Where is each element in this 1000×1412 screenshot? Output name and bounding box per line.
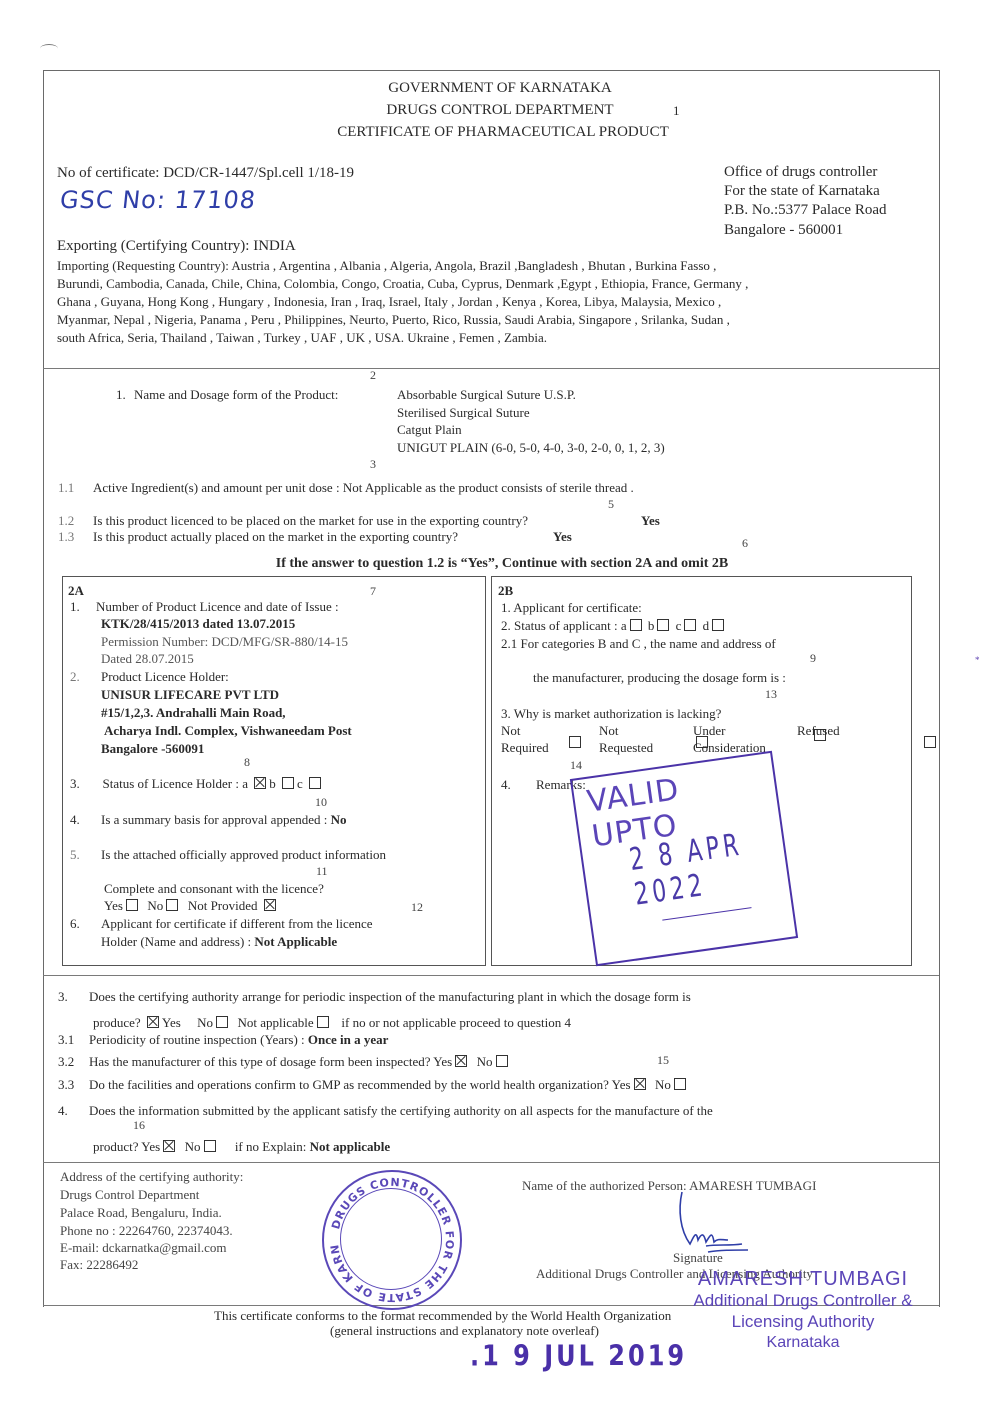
- q2a-4-text: Is a summary basis for approval appended…: [101, 811, 347, 828]
- header-government: GOVERNMENT OF KARNATAKA: [0, 80, 1000, 97]
- q2a-6-label: Applicant for certificate if different f…: [101, 915, 373, 932]
- holder-address-line: Bangalore -560091: [101, 740, 204, 757]
- q2b-1-applicant: 1. Applicant for certificate:: [501, 599, 642, 616]
- q1-3-text: Is this product actually placed on the m…: [93, 528, 458, 545]
- footnote-mark-15: 15: [657, 1053, 669, 1068]
- checkbox-not-provided-checked[interactable]: [264, 899, 276, 911]
- q4-options: product? Yes No if no Explain: Not appli…: [93, 1138, 390, 1155]
- checkbox-yes[interactable]: [126, 899, 138, 911]
- q1-2-text: Is this product licenced to be placed on…: [93, 512, 528, 529]
- q2b-3-text: 3. Why is market authorization is lackin…: [501, 705, 721, 722]
- q2a-2-label: Product Licence Holder:: [101, 668, 229, 685]
- checkbox-q3-no[interactable]: [216, 1016, 228, 1028]
- licence-number: KTK/28/415/2013 dated 13.07.2015: [101, 615, 295, 632]
- q2a-3-status: 3. Status of Licence Holder : a b c: [70, 775, 324, 792]
- seal-text-ring: DRUGS CONTROLLER FOR THE STATE OF KARNAT…: [324, 1172, 460, 1308]
- licence-holder-name: UNISUR LIFECARE PVT LTD: [101, 686, 279, 703]
- checkbox-q3-2-yes-checked[interactable]: [455, 1055, 467, 1067]
- header-page-mark: 1: [673, 102, 680, 119]
- option-not-required: NotRequired: [501, 722, 549, 756]
- issue-date-stamp: .1 9 JUL 2019: [470, 1339, 687, 1373]
- q3-2-text: Has the manufacturer of this type of dos…: [89, 1053, 511, 1070]
- divider-header: [43, 368, 939, 369]
- checkbox-applicant-c[interactable]: [684, 619, 696, 631]
- checkbox-q3-3-yes-checked[interactable]: [634, 1078, 646, 1090]
- q2b-2-status: 2. Status of applicant : a b c d: [501, 617, 727, 634]
- divider-section3: [43, 975, 939, 976]
- certificate-number: No of certificate: DCD/CR-1447/Spl.cell …: [57, 165, 354, 182]
- q3-number: 3.: [58, 988, 68, 1005]
- q2a-3-label: Status of Licence Holder : a: [103, 776, 248, 791]
- checkbox-q3-2-no[interactable]: [496, 1055, 508, 1067]
- footnote-mark-13: 13: [765, 687, 777, 702]
- q2a-5-options: Yes No Not Provided: [104, 897, 279, 914]
- q2b-2-1-text-cont: the manufacturer, producing the dosage f…: [533, 669, 786, 686]
- footnote-mark-10: 10: [315, 795, 327, 810]
- who-conformance-note-2: (general instructions and explanatory no…: [330, 1322, 599, 1339]
- q1-number: 1.: [116, 386, 126, 403]
- footnote-mark-12: 12: [411, 900, 423, 915]
- valid-upto-stamp: VALID UPTO 2 8 APR 2022: [570, 751, 798, 967]
- q3-1-number: 3.1: [58, 1031, 74, 1048]
- q2b-2-1-text: 2.1 For categories B and C , the name an…: [501, 635, 776, 652]
- q1-2-number: 1.2: [58, 512, 74, 529]
- q2a-6-number: 6.: [70, 915, 80, 932]
- q1-1-number: 1.1: [58, 479, 74, 496]
- option-refused: Refused: [797, 722, 840, 739]
- footnote-mark-7: 7: [370, 584, 376, 599]
- q2a-6-answer: Not Applicable: [254, 934, 337, 949]
- option-not-requested: NotRequested: [599, 722, 653, 756]
- checkbox-q4-yes-checked[interactable]: [163, 1140, 175, 1152]
- q2a-2-number: 2.: [70, 668, 80, 685]
- q2a-4-number: 4.: [70, 811, 80, 828]
- holder-address-line: Acharya Indl. Complex, Vishwaneedam Post: [104, 722, 352, 739]
- footnote-mark-6: 6: [742, 536, 748, 551]
- stamp-signature-line: [662, 907, 751, 921]
- checkbox-not-required[interactable]: [569, 736, 581, 748]
- q2a-5-label-cont: Complete and consonant with the licence?: [104, 880, 324, 897]
- ink-mark: *: [975, 655, 980, 665]
- section-2a-title: 2A: [68, 582, 84, 599]
- q1-label: Name and Dosage form of the Product:: [134, 386, 338, 403]
- footnote-mark-16: 16: [133, 1118, 145, 1133]
- section2-instruction: If the answer to question 1.2 is “Yes”, …: [0, 555, 1000, 572]
- q2a-6-answer-line: Holder (Name and address) : Not Applicab…: [101, 933, 337, 950]
- handwritten-gsc-number: GSC No: 17108: [59, 192, 257, 209]
- checkbox-q3-not-applicable[interactable]: [317, 1016, 329, 1028]
- q1-3-answer: Yes: [553, 528, 572, 545]
- market-authorization-options: NotRequired NotRequested UnderConsiderat…: [0, 0, 1000, 18]
- q3-1-text: Periodicity of routine inspection (Years…: [89, 1031, 388, 1048]
- q1-3-number: 1.3: [58, 528, 74, 545]
- holder-address-line: #15/1,2,3. Andrahalli Main Road,: [101, 704, 286, 721]
- checkbox-status-b[interactable]: [282, 777, 294, 789]
- signatory-stamp: AMARESH TUMBAGI Additional Drugs Control…: [668, 1268, 938, 1353]
- q2b-4-number: 4.: [501, 776, 511, 793]
- footnote-mark-3: 3: [370, 457, 376, 472]
- footnote-mark-2: 2: [370, 368, 376, 383]
- q3-text: Does the certifying authority arrange fo…: [89, 988, 691, 1005]
- checkbox-applicant-b[interactable]: [657, 619, 669, 631]
- footnote-mark-9: 9: [810, 651, 816, 666]
- checkbox-no[interactable]: [166, 899, 178, 911]
- checkbox-status-a-checked[interactable]: [254, 777, 266, 789]
- q2a-4-answer: No: [331, 812, 347, 827]
- footnote-mark-11: 11: [316, 864, 328, 879]
- q2a-3-number: 3.: [70, 776, 80, 791]
- q4-answer: Not applicable: [310, 1139, 391, 1154]
- q4-number: 4.: [58, 1102, 68, 1119]
- checkbox-q4-no[interactable]: [204, 1140, 216, 1152]
- q3-2-number: 3.2: [58, 1053, 74, 1070]
- q4-text: Does the information submitted by the ap…: [89, 1102, 713, 1119]
- checkbox-q3-yes-checked[interactable]: [147, 1016, 159, 1028]
- q3-3-number: 3.3: [58, 1076, 74, 1093]
- signature-label: Signature: [673, 1249, 723, 1266]
- footnote-mark-14: 14: [570, 758, 582, 773]
- svg-text:DRUGS CONTROLLER FOR THE STATE: DRUGS CONTROLLER FOR THE STATE OF KARNAT…: [324, 1172, 456, 1304]
- q1-1-active-ingredients: Active Ingredient(s) and amount per unit…: [93, 479, 634, 496]
- checkbox-q3-3-no[interactable]: [674, 1078, 686, 1090]
- q2a-1-label: Number of Product Licence and date of Is…: [96, 598, 339, 615]
- option-under-consideration: UnderConsideration: [693, 722, 766, 756]
- permission-date: Dated 28.07.2015: [101, 650, 194, 667]
- footnote-mark-8: 8: [244, 755, 250, 770]
- q2a-5-number: 5.: [70, 846, 80, 863]
- header-certificate-title: CERTIFICATE OF PHARMACEUTICAL PRODUCT: [0, 124, 1000, 141]
- q1-2-answer: Yes: [641, 512, 660, 529]
- exporting-country: Exporting (Certifying Country): INDIA: [57, 238, 296, 255]
- footnote-mark-5: 5: [608, 497, 614, 512]
- checkbox-applicant-d[interactable]: [712, 619, 724, 631]
- divider-footer: [43, 1162, 939, 1163]
- header-department: DRUGS CONTROL DEPARTMENT: [0, 102, 1000, 119]
- permission-number: Permission Number: DCD/MFG/SR-880/14-15: [101, 633, 348, 650]
- checkbox-status-c[interactable]: [309, 777, 321, 789]
- q2a-1-number: 1.: [70, 598, 80, 615]
- q3-1-answer: Once in a year: [308, 1032, 389, 1047]
- scan-mark: [40, 44, 58, 53]
- checkbox-refused[interactable]: [924, 736, 936, 748]
- q3-3-text: Do the facilities and operations confirm…: [89, 1076, 689, 1093]
- section-2b-title: 2B: [498, 582, 513, 599]
- q2a-5-label: Is the attached officially approved prod…: [101, 846, 386, 863]
- q3-options: produce? Yes No Not applicable if no or …: [93, 1014, 571, 1031]
- checkbox-applicant-a[interactable]: [630, 619, 642, 631]
- official-seal: DRUGS CONTROLLER FOR THE STATE OF KARNAT…: [322, 1170, 462, 1310]
